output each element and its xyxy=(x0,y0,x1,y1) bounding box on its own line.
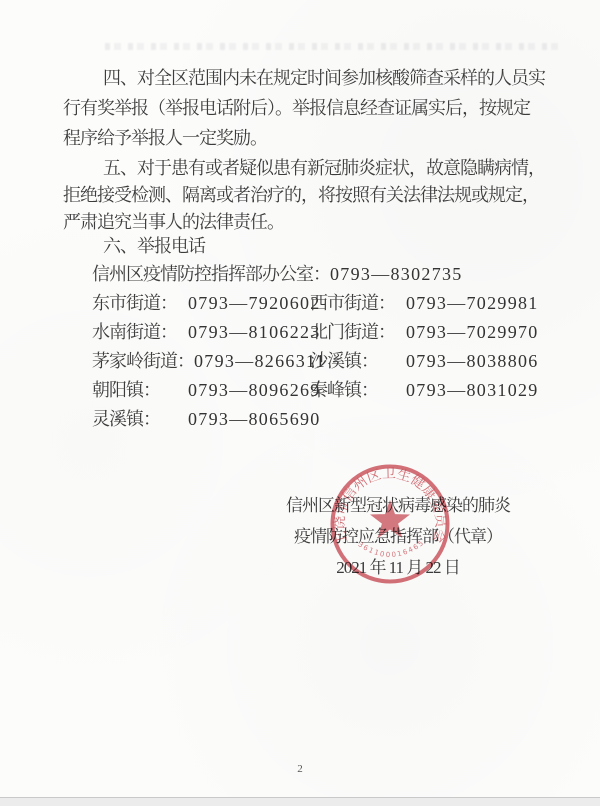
hotline-phone: 0793—8038806 xyxy=(406,351,539,371)
paragraph-5-line-1: 五、对于患有或者疑似患有新冠肺炎症状，故意隐瞒病情， xyxy=(63,155,551,182)
hotline-row: 东市街道：0793—7920602 西市街道：0793—7029981 xyxy=(92,289,562,318)
hotline-pair: 西市街道：0793—7029981 xyxy=(310,289,539,318)
hotline-pair: 灵溪镇：0793—8065690 xyxy=(92,405,321,434)
paragraph-4-line-3: 程序给予举报人一定奖励。 xyxy=(63,123,551,153)
hotline-label: 东市街道： xyxy=(92,289,188,318)
hotline-phone: 0793—7029981 xyxy=(406,293,539,313)
hotline-label: 朝阳镇： xyxy=(92,376,188,405)
hotline-label: 水南街道： xyxy=(92,318,188,347)
hotline-row: 朝阳镇：0793—8096269 秦峰镇：0793—8031029 xyxy=(92,376,562,405)
hotline-phone: 0793—8302735 xyxy=(330,264,463,284)
hotline-pair: 茅家岭街道：0793—8266311 xyxy=(92,347,326,376)
hotline-phone: 0793—8266311 xyxy=(194,351,326,371)
hotline-pair: 朝阳镇：0793—8096269 xyxy=(92,376,321,405)
paragraph-4-line-2: 行有奖举报（举报电话附后）。举报信息经查证属实后，按规定 xyxy=(63,93,551,123)
hotline-phone: 0793—8031029 xyxy=(406,380,539,400)
hotline-pair: 信州区疫情防控指挥部办公室：0793—8302735 xyxy=(92,260,463,289)
hotline-pair: 沙溪镇：0793—8038806 xyxy=(310,347,539,376)
hotline-list: 信州区疫情防控指挥部办公室：0793—8302735 东市街道：0793—792… xyxy=(92,260,562,434)
hotline-pair: 水南街道：0793—8106223 xyxy=(92,318,321,347)
document-page: 四、对全区范围内未在规定时间参加核酸筛查采样的人员实 行有奖举报（举报电话附后）… xyxy=(0,0,600,806)
hotline-label: 北门街道： xyxy=(310,318,406,347)
hotline-pair: 东市街道：0793—7920602 xyxy=(92,289,321,318)
official-seal: 上饶市信州区卫生健康委员会 3611000164657 xyxy=(328,462,452,586)
paragraph-4-line-1: 四、对全区范围内未在规定时间参加核酸筛查采样的人员实 xyxy=(63,63,551,93)
hotline-row-office: 信州区疫情防控指挥部办公室：0793—8302735 xyxy=(92,260,562,289)
hotline-phone: 0793—7029970 xyxy=(406,322,539,342)
hotline-pair: 北门街道：0793—7029970 xyxy=(310,318,539,347)
paragraph-5-line-2: 拒绝接受检测、隔离或者治疗的，将按照有关法律法规或规定， xyxy=(63,182,551,209)
star-icon xyxy=(370,500,410,538)
hotline-label: 茅家岭街道： xyxy=(92,347,194,376)
hotline-pair: 秦峰镇：0793—8031029 xyxy=(310,376,539,405)
hotline-phone: 0793—7920602 xyxy=(188,293,321,313)
hotline-row: 灵溪镇：0793—8065690 xyxy=(92,405,562,434)
section-6-heading-text: 六、举报电话 xyxy=(63,233,551,260)
hotline-label: 沙溪镇： xyxy=(310,347,406,376)
hotline-label: 秦峰镇： xyxy=(310,376,406,405)
hotline-label: 灵溪镇： xyxy=(92,405,188,434)
paragraph-5: 五、对于患有或者疑似患有新冠肺炎症状，故意隐瞒病情， 拒绝接受检测、隔离或者治疗… xyxy=(63,155,551,236)
paragraph-5-line-3: 严肃追究当事人的法律责任。 xyxy=(63,209,551,236)
hotline-phone: 0793—8065690 xyxy=(188,409,321,429)
hotline-label: 西市街道： xyxy=(310,289,406,318)
paragraph-4: 四、对全区范围内未在规定时间参加核酸筛查采样的人员实 行有奖举报（举报电话附后）… xyxy=(63,63,551,153)
hotline-phone: 0793—8106223 xyxy=(188,322,321,342)
page-number: 2 xyxy=(0,763,600,775)
hotline-phone: 0793—8096269 xyxy=(188,380,321,400)
hotline-row: 茅家岭街道：0793—8266311 沙溪镇：0793—8038806 xyxy=(92,347,562,376)
paper-bottom-edge xyxy=(0,797,600,806)
section-6-heading: 六、举报电话 xyxy=(63,233,551,260)
hotline-row: 水南街道：0793—8106223 北门街道：0793—7029970 xyxy=(92,318,562,347)
hotline-label: 信州区疫情防控指挥部办公室： xyxy=(92,260,330,289)
bleed-through-artifact xyxy=(105,43,560,50)
